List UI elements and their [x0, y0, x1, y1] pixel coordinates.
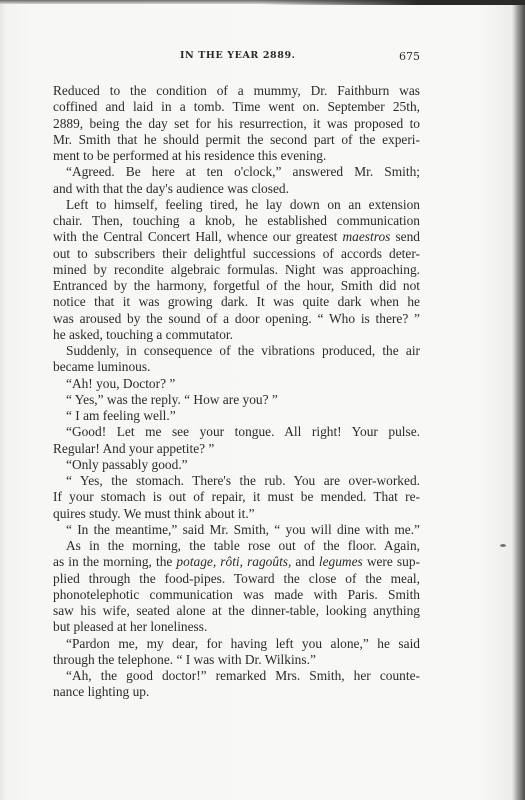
text-line: coffined and laid in a tomb. Time went o… — [53, 99, 420, 115]
text-line: “Pardon me, my dear, for having left you… — [53, 636, 420, 652]
text-line: ment to be performed at his residence th… — [53, 148, 420, 164]
margin-ink-mark — [500, 544, 506, 547]
text-line: plied through the food-pipes. Toward the… — [53, 571, 420, 587]
line-text: “Only passably good.” — [66, 457, 188, 472]
line-text: “ Yes,” was the reply. “ How are you? ” — [66, 392, 278, 407]
text-line: 2889, being the day set for his resurrec… — [53, 116, 420, 132]
line-text: 2889, being the day set for his resurrec… — [53, 116, 420, 131]
text-line: Mr. Smith that he should permit the seco… — [53, 132, 420, 148]
text-line: was aroused by the sound of a door openi… — [53, 311, 420, 327]
text-line: he asked, touching a commutator. — [53, 327, 420, 343]
text-line: “Good! Let me see your tongue. All right… — [53, 424, 420, 440]
line-text: were sup- — [363, 554, 420, 569]
line-text: coffined and laid in a tomb. Time went o… — [53, 99, 420, 114]
text-line: as in the morning, the potage, rôti, rag… — [53, 554, 420, 570]
italic-text: legumes — [319, 554, 363, 569]
text-line: Regular! And your appetite? ” — [53, 441, 420, 457]
text-line: quires study. We must think about it.” — [53, 506, 420, 522]
text-line: Suddenly, in consequence of the vibratio… — [53, 343, 420, 359]
text-line: “Only passably good.” — [53, 457, 420, 473]
line-text: plied through the food-pipes. Toward the… — [53, 571, 420, 586]
page-top-edge-dark — [260, 0, 525, 5]
page-number: 675 — [399, 50, 420, 63]
body-text: Reduced to the condition of a mummy, Dr.… — [53, 83, 420, 701]
line-text: If your stomach is out of repair, it mus… — [53, 489, 420, 504]
line-text: mined by recondite algebraic formulas. N… — [53, 262, 420, 277]
text-line: “ I am feeling well.” — [53, 408, 420, 424]
text-line: out to subscribers their delightful succ… — [53, 246, 420, 262]
running-title: IN THE YEAR 2889. — [180, 50, 296, 61]
line-text: as in the morning, the — [53, 554, 176, 569]
text-line: “ Yes, the stomach. There's the rub. You… — [53, 473, 420, 489]
line-text: out to subscribers their delightful succ… — [53, 246, 420, 261]
line-text: Reduced to the condition of a mummy, Dr.… — [53, 83, 420, 98]
line-text: quires study. We must think about it.” — [53, 506, 255, 521]
line-text: became luminous. — [53, 359, 150, 374]
line-text: As in the morning, the table rose out of… — [66, 538, 420, 553]
line-text: “Pardon me, my dear, for having left you… — [66, 636, 420, 651]
line-text: “Good! Let me see your tongue. All right… — [66, 424, 420, 439]
text-line: but pleased at her loneliness. — [53, 619, 420, 635]
line-text: nance lighting up. — [53, 684, 149, 699]
line-text: Suddenly, in consequence of the vibratio… — [66, 343, 420, 358]
text-line: If your stomach is out of repair, it mus… — [53, 489, 420, 505]
line-text: he asked, touching a commutator. — [53, 327, 233, 342]
line-text: Entranced by the harmony, forgetful of t… — [53, 278, 420, 293]
line-text: notice that it was growing dark. It was … — [53, 294, 420, 309]
line-text: “Ah, the good doctor!” remarked Mrs. Smi… — [66, 668, 420, 683]
italic-text: maestros — [342, 229, 390, 244]
text-line: phonotelephotic communication was made w… — [53, 587, 420, 603]
text-line: saw his wife, seated alone at the dinner… — [53, 603, 420, 619]
line-text: “Ah! you, Doctor? ” — [66, 376, 175, 391]
running-head: IN THE YEAR 2889. 675 — [53, 50, 420, 66]
text-line: “Ah! you, Doctor? ” — [53, 376, 420, 392]
text-line: Entranced by the harmony, forgetful of t… — [53, 278, 420, 294]
line-text: and with that the day's audience was clo… — [53, 181, 289, 196]
text-line: Reduced to the condition of a mummy, Dr.… — [53, 83, 420, 99]
line-text: but pleased at her loneliness. — [53, 619, 207, 634]
text-line: notice that it was growing dark. It was … — [53, 294, 420, 310]
line-text: “ I am feeling well.” — [66, 408, 176, 423]
line-text: ment to be performed at his residence th… — [53, 148, 326, 163]
line-text: and — [291, 554, 319, 569]
line-text: Left to himself, feeling tired, he lay d… — [66, 197, 420, 212]
text-line: “Ah, the good doctor!” remarked Mrs. Smi… — [53, 668, 420, 684]
text-line: became luminous. — [53, 359, 420, 375]
text-line: Left to himself, feeling tired, he lay d… — [53, 197, 420, 213]
line-text: “ In the meantime,” said Mr. Smith, “ yo… — [66, 522, 420, 537]
line-text: phonotelephotic communication was made w… — [53, 587, 420, 602]
line-text: Mr. Smith that he should permit the seco… — [53, 132, 420, 147]
text-line: chair. Then, touching a knob, he establi… — [53, 213, 420, 229]
text-line: nance lighting up. — [53, 684, 420, 700]
text-line: and with that the day's audience was clo… — [53, 181, 420, 197]
book-page: IN THE YEAR 2889. 675 Reduced to the con… — [0, 0, 525, 800]
text-line: mined by recondite algebraic formulas. N… — [53, 262, 420, 278]
line-text: with the Central Concert Hall, whence ou… — [53, 229, 342, 244]
line-text: through the telephone. “ I was with Dr. … — [53, 652, 316, 667]
line-text: Regular! And your appetite? ” — [53, 441, 214, 456]
text-line: “ Yes,” was the reply. “ How are you? ” — [53, 392, 420, 408]
line-text: chair. Then, touching a knob, he establi… — [53, 213, 420, 228]
line-text: “ Yes, the stomach. There's the rub. You… — [66, 473, 420, 488]
text-line: “ In the meantime,” said Mr. Smith, “ yo… — [53, 522, 420, 538]
text-line: with the Central Concert Hall, whence ou… — [53, 229, 420, 245]
line-text: was aroused by the sound of a door openi… — [53, 311, 420, 326]
italic-text: potage, rôti, ragoûts, — [176, 554, 291, 569]
line-text: “Agreed. Be here at ten o'clock,” answer… — [66, 164, 420, 179]
text-line: through the telephone. “ I was with Dr. … — [53, 652, 420, 668]
line-text: send — [390, 229, 420, 244]
text-line: As in the morning, the table rose out of… — [53, 538, 420, 554]
line-text: saw his wife, seated alone at the dinner… — [53, 603, 420, 618]
text-line: “Agreed. Be here at ten o'clock,” answer… — [53, 164, 420, 180]
